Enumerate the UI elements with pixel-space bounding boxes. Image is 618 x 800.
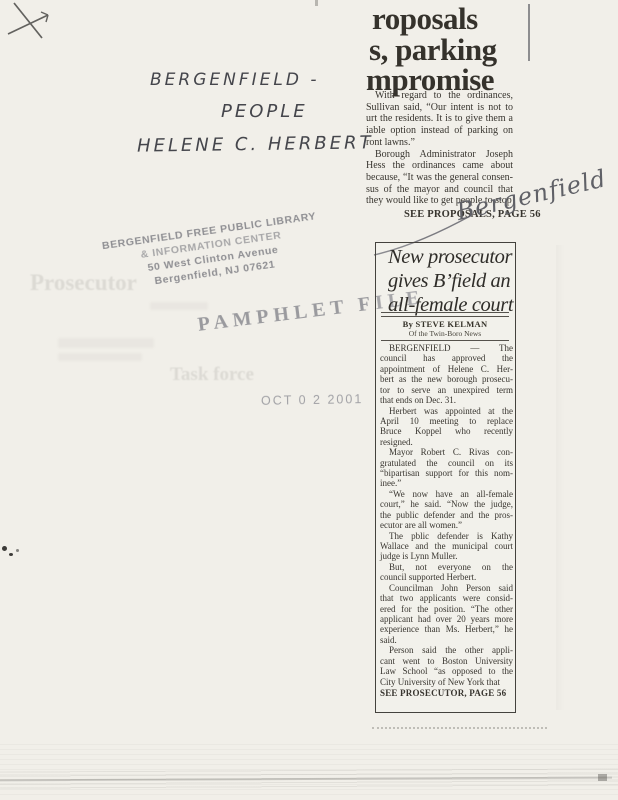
article-line: ront lawns.”	[366, 137, 513, 149]
article-line: “bipartisan support for this nom-	[380, 468, 513, 478]
column-divider-rule	[528, 4, 530, 61]
article-paragraph: With regard to the ordinances,Sullivan s…	[366, 90, 513, 149]
article-line: With regard to the ordinances,	[366, 90, 513, 102]
article-line: applicant had over 20 years more	[380, 614, 513, 624]
clipping-byline-section: By STEVE KELMAN Of the Twin-Boro News	[381, 312, 509, 341]
handwritten-subject-line3: HELENE C. HERBERT	[137, 132, 374, 156]
clipping-byline-org: Of the Twin-Boro News	[381, 329, 509, 338]
article-line: But, not everyone on the	[380, 562, 513, 572]
article-line: that ends on Dec. 31.	[380, 395, 513, 405]
scanned-pamphlet-page: BERGENFIELD - PEOPLE HELENE C. HERBERT B…	[0, 0, 618, 800]
article-line: appointment of Helene C. Her-	[380, 364, 513, 374]
article-line: Councilman John Person said	[380, 583, 513, 593]
article-line: urt the residents. It is to give them a	[366, 113, 513, 125]
clipping-headline-line: gives B’field an	[388, 269, 515, 293]
date-stamp: OCT 0 2 2001	[261, 392, 364, 408]
article-line: The pblic defender is Kathy	[380, 531, 513, 541]
article-line: judge is Lynn Muller.	[380, 551, 513, 561]
scan-artifact-tick	[598, 774, 607, 781]
clipping-body: BERGENFIELD — Thecouncil has approved th…	[380, 343, 513, 687]
pen-x-mark	[2, 0, 64, 50]
article-paragraph: Herbert was appointed at theApril 10 mee…	[380, 406, 513, 448]
ink-speck	[2, 546, 7, 551]
article-line: said.	[380, 635, 513, 645]
article-line: ecutor are all women.”	[380, 520, 513, 530]
article-line: court,” he said. “Now the judge,	[380, 499, 513, 509]
article-paragraph: The pblic defender is KathyWallace and t…	[380, 531, 513, 562]
ghost-smudge	[150, 302, 208, 310]
article-line: Borough Administrator Joseph	[366, 149, 513, 161]
clipping-headline-line: New prosecutor	[388, 245, 515, 269]
article-line: Law School “as opposed to the	[380, 666, 513, 676]
article-paragraph: Councilman John Person saidthat two appl…	[380, 583, 513, 646]
ink-speck	[16, 549, 19, 552]
article-paragraph: BERGENFIELD — Thecouncil has approved th…	[380, 343, 513, 406]
article-line: the public defender and the pros-	[380, 510, 513, 520]
ghost-bleed-word: Task force	[170, 364, 254, 386]
article-line: “We now have an all-female	[380, 489, 513, 499]
article-line: council has approved the	[380, 353, 513, 363]
article-line: council supported Herbert.	[380, 572, 513, 582]
handwritten-subject-line2: PEOPLE	[221, 101, 308, 122]
scan-edge-shadow	[556, 245, 565, 710]
clipping-byline: By STEVE KELMAN	[381, 319, 509, 329]
article-line: Mayor Robert C. Rivas con-	[380, 447, 513, 457]
article-line: April 10 meeting to replace	[380, 416, 513, 426]
article-line: resigned.	[380, 437, 513, 447]
article-line: cant went to Boston University	[380, 656, 513, 666]
clipping-jumpline: SEE PROSECUTOR, PAGE 56	[380, 688, 513, 698]
article-line: BERGENFIELD — The	[380, 343, 513, 353]
article-line: gratulated the council on its	[380, 458, 513, 468]
article-line: ered for the position. “The other	[380, 604, 513, 614]
ghost-smudge	[58, 353, 142, 361]
scan-speck	[315, 0, 318, 6]
newspaper-clipping: New prosecutor gives B’field an all-fema…	[375, 242, 516, 713]
article-line: Wallace and the municipal court	[380, 541, 513, 551]
ghost-smudge	[58, 338, 154, 348]
article-line: inee.”	[380, 478, 513, 488]
ghost-bleed-word: Prosecutor	[30, 270, 137, 296]
article-line: because, “It was the general consen-	[366, 172, 513, 184]
article-line: iable option instead of parking on	[366, 125, 513, 137]
article-line: Herbert was appointed at the	[380, 406, 513, 416]
article-line: Sullivan said, “Our intent is not to	[366, 102, 513, 114]
article-paragraph: But, not everyone on thecouncil supporte…	[380, 562, 513, 583]
byline-rule	[381, 340, 509, 341]
article-line: Person said the other appli-	[380, 645, 513, 655]
article-paragraph: Mayor Robert C. Rivas con-gratulated the…	[380, 447, 513, 489]
article-line: bert as the new borough prosecu-	[380, 374, 513, 384]
article-paragraph: Person said the other appli-cant went to…	[380, 645, 513, 687]
article-paragraph: “We now have an all-femalecourt,” he sai…	[380, 489, 513, 531]
handwritten-subject-line1: BERGENFIELD -	[150, 70, 319, 90]
article-line: that two applicants were consid-	[380, 593, 513, 603]
article-line: City University of New York that	[380, 677, 513, 687]
article-line: tor to serve an unexpired term	[380, 385, 513, 395]
article-line: Hess the ordinances came about	[366, 160, 513, 172]
article-line: Bruce Koppel who recently	[380, 426, 513, 436]
scan-dotted-artifact	[372, 727, 547, 729]
article-line: experience than Ms. Herbert,” he	[380, 624, 513, 634]
clipping-headline: New prosecutor gives B’field an all-fema…	[388, 245, 515, 317]
byline-rule	[381, 312, 509, 317]
ink-speck	[9, 553, 13, 556]
